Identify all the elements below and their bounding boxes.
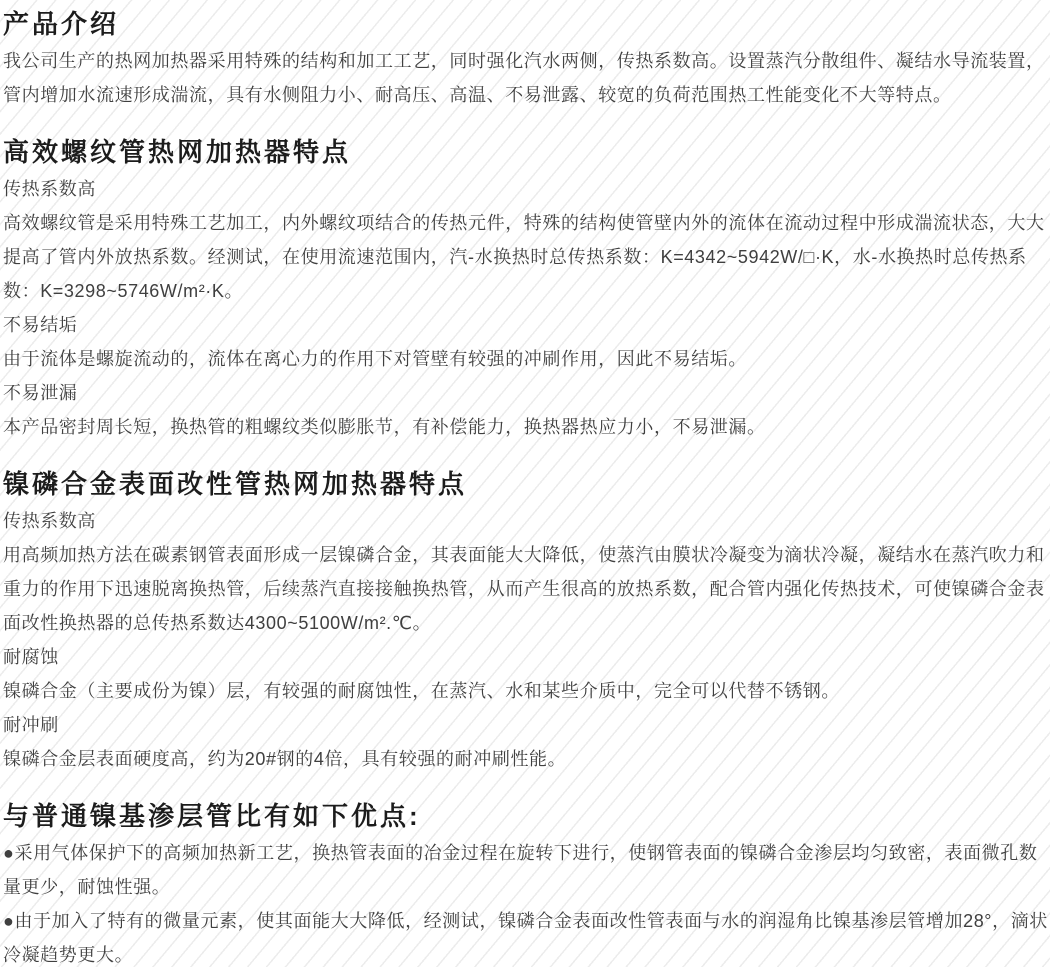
feature-label: 耐腐蚀 — [3, 640, 1048, 674]
feature-label: 不易结垢 — [3, 308, 1048, 342]
section-heading-product-intro: 产品介绍 — [3, 8, 1048, 40]
paragraph: 镍磷合金（主要成份为镍）层，有较强的耐腐蚀性，在蒸汽、水和某些介质中，完全可以代… — [3, 674, 1048, 708]
section-heading-threaded-tube-heater-features: 高效螺纹管热网加热器特点 — [3, 136, 1048, 168]
feature-label: 耐冲刷 — [3, 708, 1048, 742]
bullet-item: ●采用气体保护下的高频加热新工艺，换热管表面的冶金过程在旋转下进行，使钢管表面的… — [3, 836, 1048, 904]
section-threaded-tube-heater-features: 高效螺纹管热网加热器特点传热系数高高效螺纹管是采用特殊工艺加工，内外螺纹项结合的… — [3, 136, 1048, 444]
paragraph: 我公司生产的热网加热器采用特殊的结构和加工工艺，同时强化汽水两侧，传热系数高。设… — [3, 44, 1048, 112]
section-product-intro: 产品介绍我公司生产的热网加热器采用特殊的结构和加工工艺，同时强化汽水两侧，传热系… — [3, 8, 1048, 112]
section-heading-advantages-over-nickel-based-tubes: 与普通镍基渗层管比有如下优点: — [3, 800, 1048, 832]
paragraph: 本产品密封周长短，换热管的粗螺纹类似膨胀节，有补偿能力，换热器热应力小，不易泄漏… — [3, 410, 1048, 444]
bullet-text: 由于加入了特有的微量元素，使其面能大大降低，经测试，镍磷合金表面改性管表面与水的… — [3, 911, 1048, 965]
product-description-page: 产品介绍我公司生产的热网加热器采用特殊的结构和加工工艺，同时强化汽水两侧，传热系… — [0, 0, 1050, 967]
section-heading-nickel-phosphorus-alloy-tube-features: 镍磷合金表面改性管热网加热器特点 — [3, 468, 1048, 500]
bullet-item: ●由于加入了特有的微量元素，使其面能大大降低，经测试，镍磷合金表面改性管表面与水… — [3, 904, 1048, 967]
paragraph: 镍磷合金层表面硬度高，约为20#钢的4倍，具有较强的耐冲刷性能。 — [3, 742, 1048, 776]
bullet-marker-icon: ● — [3, 911, 14, 931]
paragraph: 由于流体是螺旋流动的，流体在离心力的作用下对管壁有较强的冲刷作用，因此不易结垢。 — [3, 342, 1048, 376]
paragraph: 用高频加热方法在碳素钢管表面形成一层镍磷合金，其表面能大大降低，使蒸汽由膜状冷凝… — [3, 538, 1048, 640]
bullet-text: 采用气体保护下的高频加热新工艺，换热管表面的冶金过程在旋转下进行，使钢管表面的镍… — [3, 843, 1037, 897]
paragraph: 高效螺纹管是采用特殊工艺加工，内外螺纹项结合的传热元件，特殊的结构使管壁内外的流… — [3, 206, 1048, 308]
feature-label: 不易泄漏 — [3, 376, 1048, 410]
section-nickel-phosphorus-alloy-tube-features: 镍磷合金表面改性管热网加热器特点传热系数高用高频加热方法在碳素钢管表面形成一层镍… — [3, 468, 1048, 776]
feature-label: 传热系数高 — [3, 172, 1048, 206]
feature-label: 传热系数高 — [3, 504, 1048, 538]
section-advantages-over-nickel-based-tubes: 与普通镍基渗层管比有如下优点:●采用气体保护下的高频加热新工艺，换热管表面的冶金… — [3, 800, 1048, 967]
bullet-marker-icon: ● — [3, 843, 14, 863]
